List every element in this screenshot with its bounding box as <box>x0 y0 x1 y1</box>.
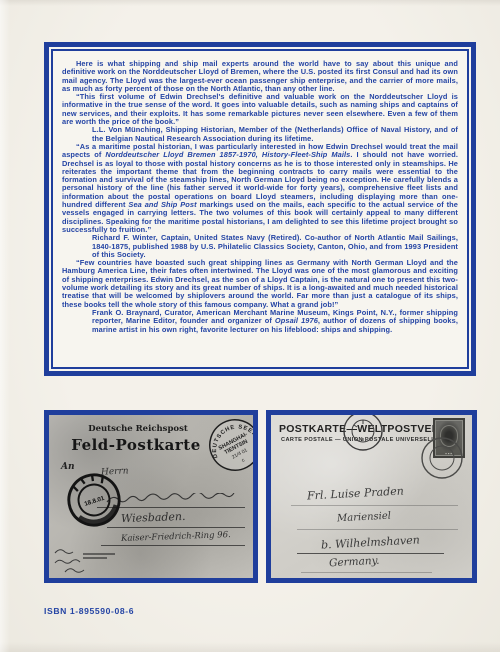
address-rule-r3 <box>301 572 432 573</box>
address-rule-r2 <box>297 529 458 530</box>
review-paragraph: “Few countries have boasted such great s… <box>62 259 458 309</box>
handwritten-town: b. Wilhelmshaven <box>321 533 420 551</box>
handwritten-city: Wiesbaden. <box>121 510 186 525</box>
address-rule-3 <box>101 545 245 546</box>
review-paragraph: “This first volume of Edwin Drechsel's d… <box>62 93 458 126</box>
address-rule-2 <box>107 527 245 528</box>
weltpostverein-photo: POSTKARTE—WELTPOSTVEREIN CARTE POSTALE —… <box>266 410 477 583</box>
address-rule-r1 <box>291 505 458 506</box>
handwritten-country: Germany. <box>329 555 380 570</box>
review-attribution: Richard F. Winter, Captain, United State… <box>92 234 458 259</box>
feldpostkarte-photo: Deutsche Reichspost Feld-Postkarte An He… <box>44 410 258 583</box>
review-attribution: L.L. Von Münching, Shipping Historian, M… <box>92 126 458 143</box>
review-paragraph: “As a maritime postal historian, I was p… <box>62 143 458 234</box>
handwritten-notes-squiggle <box>53 547 123 577</box>
review-paragraph: Here is what shipping and ship mail expe… <box>62 60 458 93</box>
review-quotes: Here is what shipping and ship mail expe… <box>53 51 467 367</box>
an-label: An <box>61 462 75 472</box>
reviews-panel: Here is what shipping and ship mail expe… <box>44 42 476 376</box>
book-back-cover: Here is what shipping and ship mail expe… <box>0 0 500 652</box>
isbn-label: ISBN 1-895590-08-6 <box>44 606 134 616</box>
feldpostkarte-surface: Deutsche Reichspost Feld-Postkarte An He… <box>49 415 253 578</box>
feldpostkarte-heading: Feld-Postkarte <box>49 436 223 454</box>
handwritten-street: Kaiser-Friedrich-Ring 96. <box>121 530 231 544</box>
review-attribution: Frank O. Braynard, Curator, American Mer… <box>92 309 458 334</box>
handwritten-addressee: Frl. Luise Praden <box>307 484 404 502</box>
weltpostverein-surface: POSTKARTE—WELTPOSTVEREIN CARTE POSTALE —… <box>271 415 472 578</box>
title-postmark <box>341 415 385 453</box>
stamp-postmark <box>419 435 465 481</box>
underline-town <box>297 553 444 554</box>
handwritten-village: Mariensiel <box>337 511 391 525</box>
reviews-panel-inner-border: Here is what shipping and ship mail expe… <box>51 49 469 369</box>
